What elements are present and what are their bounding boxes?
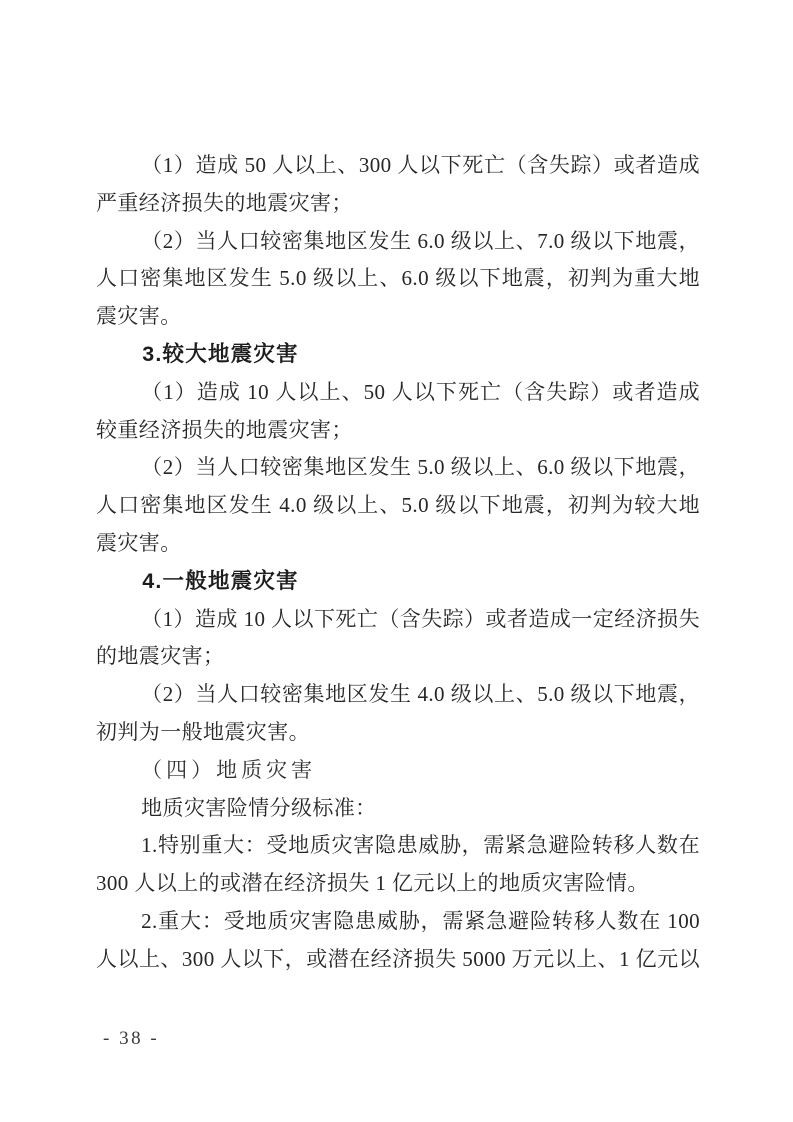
heading-bold-line: 3.较大地震灾害 bbox=[96, 336, 700, 374]
text-line: 严重经济损失的地震灾害； bbox=[96, 185, 700, 223]
text-line: 人以上、300 人以下，或潜在经济损失 5000 万元以上、1 亿元以 bbox=[96, 941, 700, 979]
text-line: 人口密集地区发生 5.0 级以上、6.0 级以下地震，初判为重大地 bbox=[96, 260, 700, 298]
text-line: 人口密集地区发生 4.0 级以上、5.0 级以下地震，初判为较大地 bbox=[96, 487, 700, 525]
text-line: 震灾害。 bbox=[96, 298, 700, 336]
text-line: 地质灾害险情分级标准： bbox=[96, 790, 700, 828]
heading-kai-line: （四）地质灾害 bbox=[96, 752, 700, 790]
page-number: - 38 - bbox=[103, 1028, 159, 1050]
text-line: 300 人以上的或潜在经济损失 1 亿元以上的地质灾害险情。 bbox=[96, 865, 700, 903]
text-line: 的地震灾害； bbox=[96, 638, 700, 676]
document-page: （1）造成 50 人以上、300 人以下死亡（含失踪）或者造成严重经济损失的地震… bbox=[0, 0, 793, 1122]
text-line: （2）当人口较密集地区发生 5.0 级以上、6.0 级以下地震， bbox=[96, 449, 700, 487]
text-line: （1）造成 50 人以上、300 人以下死亡（含失踪）或者造成 bbox=[96, 147, 700, 185]
text-line: 较重经济损失的地震灾害； bbox=[96, 412, 700, 450]
text-blocks: （1）造成 50 人以上、300 人以下死亡（含失踪）或者造成严重经济损失的地震… bbox=[96, 147, 700, 979]
text-line: 2.重大：受地质灾害隐患威胁，需紧急避险转移人数在 100 bbox=[96, 903, 700, 941]
text-line: （2）当人口较密集地区发生 6.0 级以上、7.0 级以下地震， bbox=[96, 223, 700, 261]
heading-bold-line: 4.一般地震灾害 bbox=[96, 563, 700, 601]
text-line: 震灾害。 bbox=[96, 525, 700, 563]
text-line: （1）造成 10 人以上、50 人以下死亡（含失踪）或者造成 bbox=[96, 374, 700, 412]
text-line: （2）当人口较密集地区发生 4.0 级以上、5.0 级以下地震， bbox=[96, 676, 700, 714]
text-line: （1）造成 10 人以下死亡（含失踪）或者造成一定经济损失 bbox=[96, 601, 700, 639]
text-line: 1.特别重大：受地质灾害隐患威胁，需紧急避险转移人数在 bbox=[96, 827, 700, 865]
text-line: 初判为一般地震灾害。 bbox=[96, 714, 700, 752]
